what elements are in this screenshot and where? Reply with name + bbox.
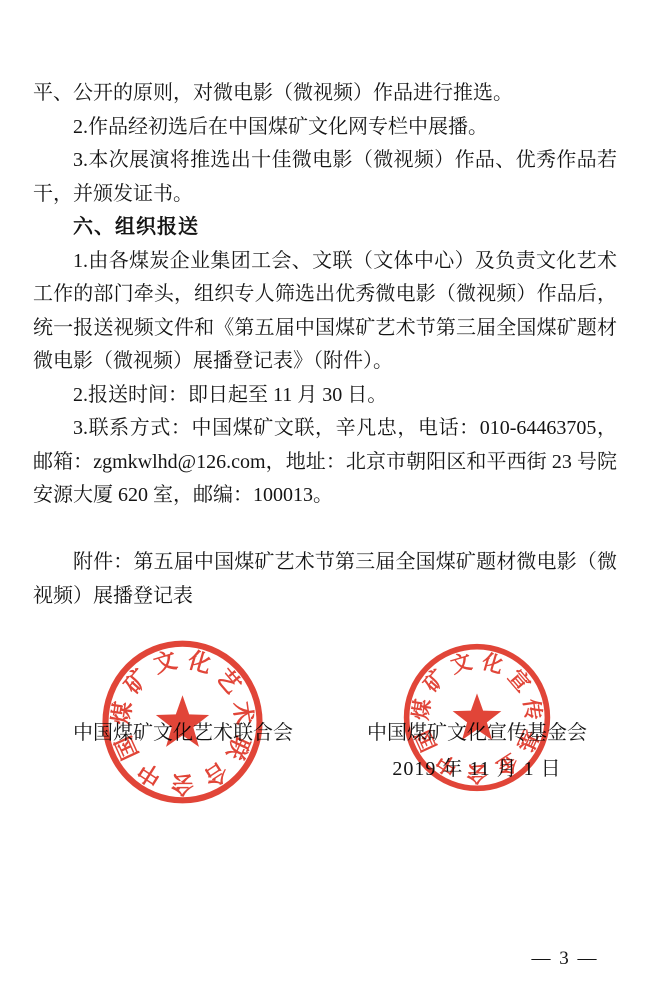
- seal-char: 术: [229, 699, 257, 727]
- seal-char: 文: [448, 649, 475, 678]
- seal-char: 煤: [408, 697, 435, 722]
- paragraph: 3.本次展演将推选出十佳微电影（微视频）作品、优秀作品若干，并颁发证书。: [33, 144, 617, 211]
- document-page: 平、公开的原则，对微电影（微视频）作品进行推选。2.作品经初选后在中国煤矿文化网…: [0, 0, 650, 994]
- section-heading: 六、组织报送: [33, 211, 617, 245]
- official-seal-art-federation: 中国煤矿文化艺术联合会: [95, 633, 270, 811]
- paragraph: 2.报送时间：即日起至 11 月 30 日。: [33, 379, 617, 413]
- seal-char: 传: [519, 697, 546, 721]
- paragraph: 2.作品经初选后在中国煤矿文化网专栏中展播。: [33, 111, 617, 145]
- seal-char: 煤: [108, 700, 136, 728]
- seal-char: 化: [478, 649, 506, 678]
- paragraph: 附件：第五届中国煤矿艺术节第三届全国煤矿题材微电影（微视频）展播登记表: [33, 546, 617, 613]
- seal-star-icon: [453, 693, 502, 740]
- document-body: 平、公开的原则，对微电影（微视频）作品进行推选。2.作品经初选后在中国煤矿文化网…: [33, 77, 617, 613]
- paragraph: 1.由各煤炭企业集团工会、文联（文体中心）及负责文化艺术工作的部门牵头，组织专人…: [33, 245, 617, 379]
- paragraph: 3.联系方式：中国煤矿文联，辛凡忠，电话：010-64463705，邮箱：zgm…: [33, 412, 617, 513]
- paragraph: 平、公开的原则，对微电影（微视频）作品进行推选。: [33, 77, 617, 111]
- seal-star-icon: [156, 695, 209, 747]
- seal-char: 会: [171, 771, 194, 797]
- official-seal-publicity-foundation: 中国煤矿文化宣传基金会: [397, 637, 557, 798]
- page-number: — 3 —: [495, 948, 635, 970]
- seal-char: 文: [151, 647, 180, 678]
- seal-char: 会: [466, 762, 487, 786]
